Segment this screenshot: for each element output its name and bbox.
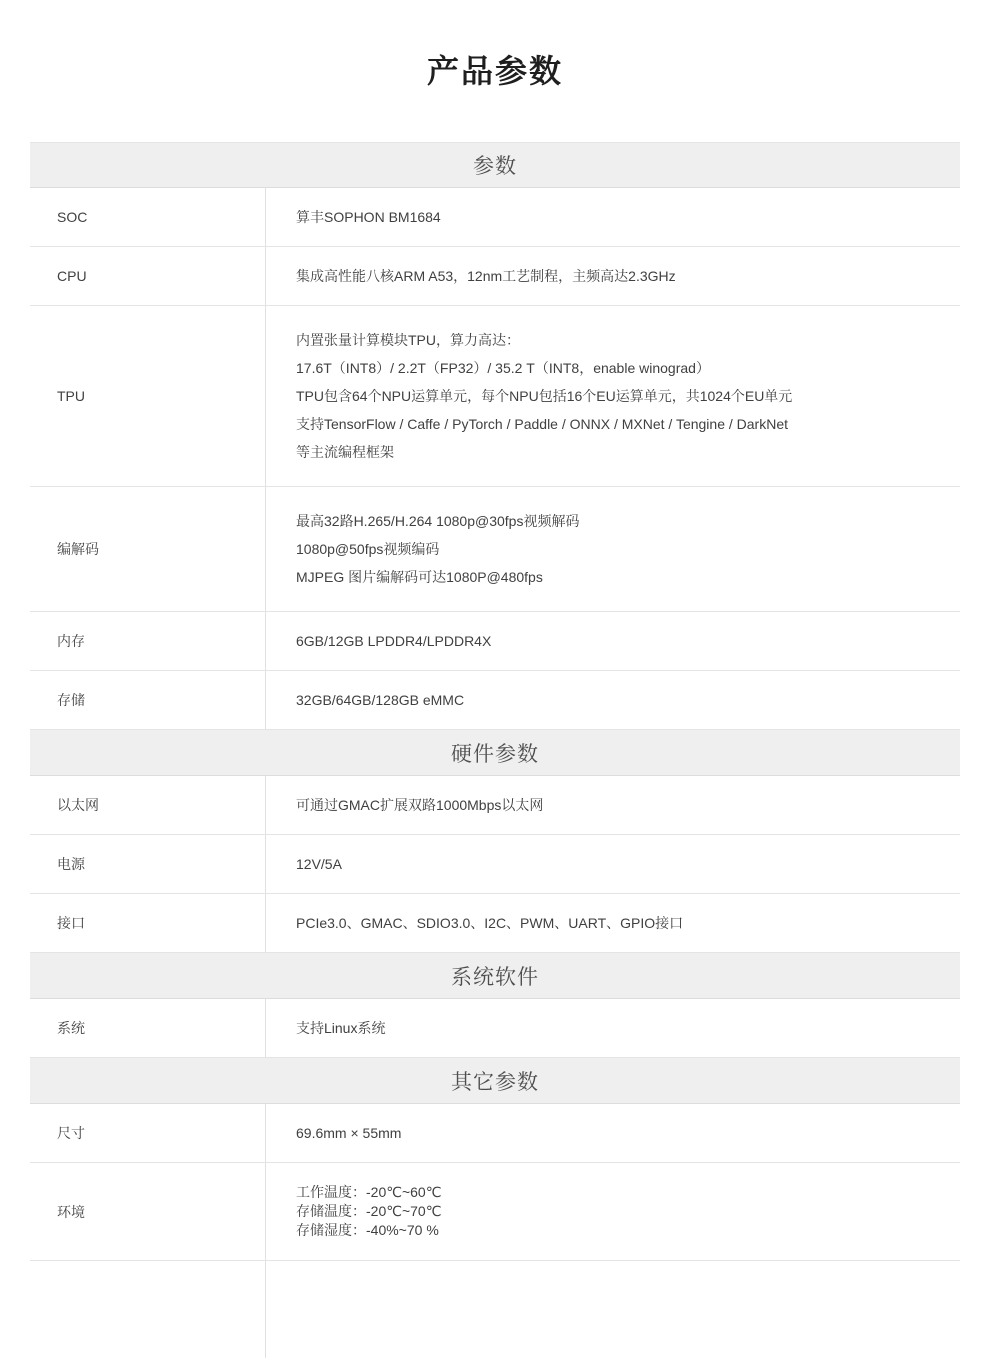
row-value: 最高32路H.265/H.264 1080p@30fps视频解码1080p@50… xyxy=(266,487,960,611)
row-label: 接口 xyxy=(30,894,266,952)
value-line: 支持Linux系统 xyxy=(296,1020,940,1036)
row-value: 工作温度：-20℃~60℃存储温度：-20℃~70℃存储湿度：-40%~70 % xyxy=(266,1163,960,1260)
value-line: 可通过GMAC扩展双路1000Mbps以太网 xyxy=(296,797,940,813)
row-label xyxy=(30,1261,266,1358)
row-label: 编解码 xyxy=(30,487,266,611)
row-value: 6GB/12GB LPDDR4/LPDDR4X xyxy=(266,612,960,670)
spec-table-sections: 参数SOC算丰SOPHON BM1684CPU集成高性能八核ARM A53，12… xyxy=(30,142,960,1261)
row-value: 12V/5A xyxy=(266,835,960,893)
page-title: 产品参数 xyxy=(0,52,990,90)
value-line: 内置张量计算模块TPU，算力高达： xyxy=(296,332,940,348)
section-header: 其它参数 xyxy=(30,1058,960,1104)
row-label: 系统 xyxy=(30,999,266,1057)
section-header-label: 系统软件 xyxy=(451,961,539,991)
value-line: 1080p@50fps视频编码 xyxy=(296,541,940,557)
table-row: TPU内置张量计算模块TPU，算力高达：17.6T（INT8）/ 2.2T（FP… xyxy=(30,306,960,487)
table-row: SOC算丰SOPHON BM1684 xyxy=(30,188,960,247)
row-label: CPU xyxy=(30,247,266,305)
table-row: 尺寸69.6mm × 55mm xyxy=(30,1104,960,1163)
value-line: MJPEG 图片编解码可达1080P@480fps xyxy=(296,569,940,585)
value-line: 最高32路H.265/H.264 1080p@30fps视频解码 xyxy=(296,513,940,529)
table-row: 系统支持Linux系统 xyxy=(30,999,960,1058)
value-line: 等主流编程框架 xyxy=(296,444,940,460)
row-label: 环境 xyxy=(30,1163,266,1260)
section-header: 系统软件 xyxy=(30,953,960,999)
row-label: TPU xyxy=(30,306,266,486)
table-row: 接口PCIe3.0、GMAC、SDIO3.0、I2C、PWM、UART、GPIO… xyxy=(30,894,960,953)
value-line: 集成高性能八核ARM A53，12nm工艺制程，主频高达2.3GHz xyxy=(296,268,940,284)
row-value: PCIe3.0、GMAC、SDIO3.0、I2C、PWM、UART、GPIO接口 xyxy=(266,894,960,952)
row-label: 以太网 xyxy=(30,776,266,834)
value-line: PCIe3.0、GMAC、SDIO3.0、I2C、PWM、UART、GPIO接口 xyxy=(296,915,940,931)
row-value: 可通过GMAC扩展双路1000Mbps以太网 xyxy=(266,776,960,834)
table-row: 环境工作温度：-20℃~60℃存储温度：-20℃~70℃存储湿度：-40%~70… xyxy=(30,1163,960,1261)
table-row: 内存6GB/12GB LPDDR4/LPDDR4X xyxy=(30,612,960,671)
value-line: 12V/5A xyxy=(296,856,940,872)
table-row: 以太网可通过GMAC扩展双路1000Mbps以太网 xyxy=(30,776,960,835)
value-line: 存储湿度：-40%~70 % xyxy=(296,1221,940,1240)
row-label: SOC xyxy=(30,188,266,246)
row-value: 内置张量计算模块TPU，算力高达：17.6T（INT8）/ 2.2T（FP32）… xyxy=(266,306,960,486)
value-line: 32GB/64GB/128GB eMMC xyxy=(296,692,940,708)
value-line: 存储温度：-20℃~70℃ xyxy=(296,1202,940,1221)
table-row: 电源12V/5A xyxy=(30,835,960,894)
table-row: 编解码最高32路H.265/H.264 1080p@30fps视频解码1080p… xyxy=(30,487,960,612)
value-line: 17.6T（INT8）/ 2.2T（FP32）/ 35.2 T（INT8，ena… xyxy=(296,360,940,376)
section-header: 参数 xyxy=(30,142,960,188)
value-line: 工作温度：-20℃~60℃ xyxy=(296,1183,940,1202)
row-label: 电源 xyxy=(30,835,266,893)
section-header-label: 硬件参数 xyxy=(451,738,539,768)
value-line: 算丰SOPHON BM1684 xyxy=(296,209,940,225)
spec-table: 参数SOC算丰SOPHON BM1684CPU集成高性能八核ARM A53，12… xyxy=(30,142,960,1358)
row-value xyxy=(266,1261,960,1358)
row-value: 69.6mm × 55mm xyxy=(266,1104,960,1162)
row-label: 尺寸 xyxy=(30,1104,266,1162)
section-header-label: 参数 xyxy=(473,150,517,180)
row-value: 支持Linux系统 xyxy=(266,999,960,1057)
row-value: 集成高性能八核ARM A53，12nm工艺制程，主频高达2.3GHz xyxy=(266,247,960,305)
row-label: 内存 xyxy=(30,612,266,670)
empty-row xyxy=(30,1261,960,1358)
row-value: 32GB/64GB/128GB eMMC xyxy=(266,671,960,729)
value-line: 6GB/12GB LPDDR4/LPDDR4X xyxy=(296,633,940,649)
row-label: 存储 xyxy=(30,671,266,729)
section-header: 硬件参数 xyxy=(30,730,960,776)
section-header-label: 其它参数 xyxy=(451,1066,539,1096)
value-line: 69.6mm × 55mm xyxy=(296,1125,940,1141)
table-row: 存储32GB/64GB/128GB eMMC xyxy=(30,671,960,730)
value-line: 支持TensorFlow / Caffe / PyTorch / Paddle … xyxy=(296,416,940,432)
table-row: CPU集成高性能八核ARM A53，12nm工艺制程，主频高达2.3GHz xyxy=(30,247,960,306)
row-value: 算丰SOPHON BM1684 xyxy=(266,188,960,246)
value-line: TPU包含64个NPU运算单元，每个NPU包括16个EU运算单元，共1024个E… xyxy=(296,388,940,404)
